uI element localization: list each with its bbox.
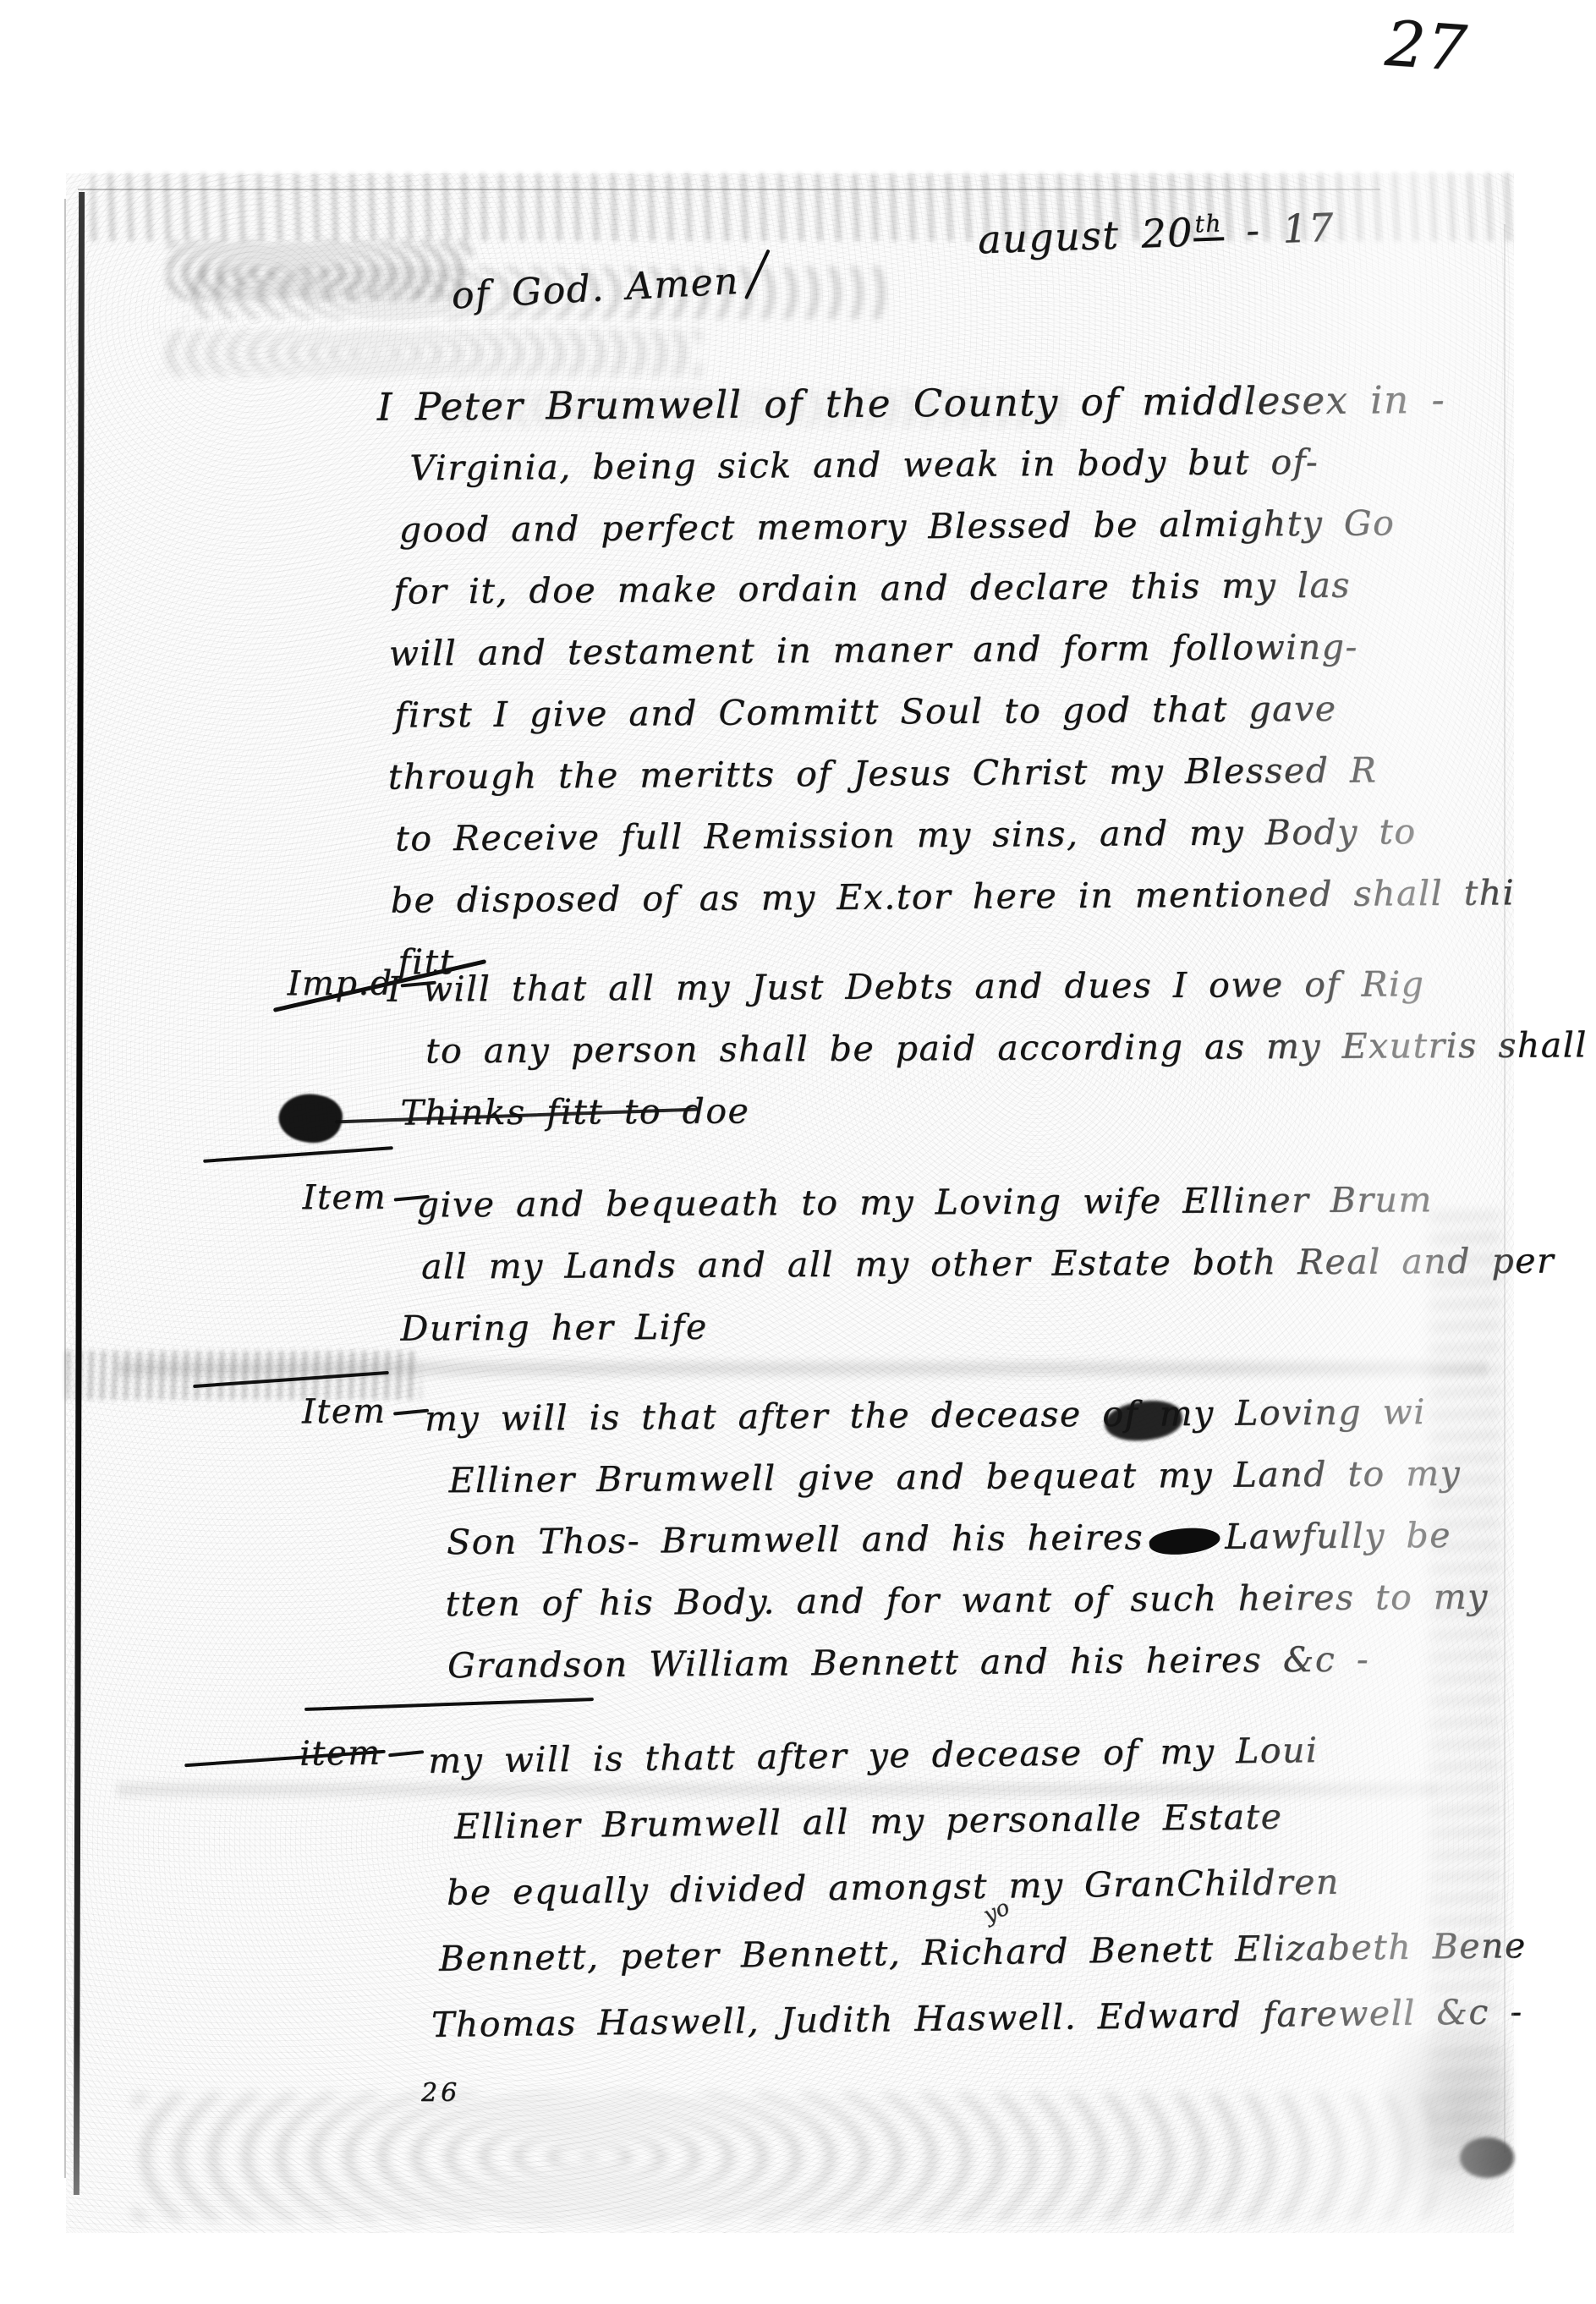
date-month-day: august 20 bbox=[977, 209, 1194, 262]
manuscript-line: Virginia, being sick and weak in body bu… bbox=[409, 430, 1512, 499]
manuscript-line: Thinks fitt to doe bbox=[400, 1076, 1588, 1144]
margin-label-item: item bbox=[299, 1733, 425, 1774]
manuscript-line: Elliner Brumwell give and bequeat my Lan… bbox=[448, 1443, 1488, 1512]
stain bbox=[134, 2093, 1436, 2220]
manuscript-line: I will that all my Just Debts and dues I… bbox=[387, 952, 1587, 1020]
handwritten-page-number-top: 27 bbox=[1383, 8, 1470, 86]
will-item-debts: Imp.d I will that all my Just Debts and … bbox=[387, 952, 1588, 1144]
manuscript-page: august 20th - 17 of God. Amen I Peter Br… bbox=[66, 173, 1514, 2233]
pen-flourish bbox=[304, 1698, 594, 1711]
pen-flourish bbox=[193, 1371, 389, 1388]
will-item-wife-bequest: Item give and bequeath to my Loving wife… bbox=[416, 1168, 1555, 1359]
manuscript-line: During her Life bbox=[400, 1292, 1555, 1359]
margin-label-item: Item bbox=[302, 1177, 431, 1217]
opening-invocation: of God. Amen bbox=[449, 238, 765, 317]
manuscript-line: will and testament in maner and form fol… bbox=[389, 615, 1514, 684]
ink-blot bbox=[274, 1087, 347, 1149]
manuscript-line: give and bequeath to my Loving wife Elli… bbox=[416, 1168, 1554, 1236]
pen-flourish bbox=[744, 249, 771, 299]
stain bbox=[1460, 2137, 1514, 2178]
will-preamble-paragraph: I Peter Brumwell of the County of middle… bbox=[376, 368, 1515, 993]
margin-label-item: Item bbox=[302, 1391, 431, 1431]
manuscript-line: Son Thos- Brumwell and his heiresLawfull… bbox=[447, 1505, 1489, 1574]
manuscript-line-segment: Son Thos- Brumwell and his heires bbox=[447, 1517, 1144, 1562]
will-item-personal-estate: item my will is thatt after ye decease o… bbox=[428, 1714, 1527, 2058]
will-item-land-to-son: Item my will is that after the decease o… bbox=[425, 1381, 1489, 1698]
manuscript-line: Thomas Haswell, Judith Haswell. Edward f… bbox=[431, 1978, 1527, 2058]
manuscript-line: Grandson William Bennett and his heires … bbox=[447, 1628, 1489, 1698]
manuscript-line: my will is that after the decease of my … bbox=[425, 1381, 1488, 1451]
stain bbox=[1375, 2034, 1511, 2229]
binding-edge-line-faint bbox=[64, 199, 66, 2178]
page-top-edge bbox=[78, 189, 1380, 190]
manuscript-line: all my Lands and all my other Estate bot… bbox=[421, 1230, 1555, 1297]
manuscript-line-segment: Lawfully be bbox=[1225, 1515, 1451, 1557]
manuscript-line: through the meritts of Jesus Christ my B… bbox=[388, 738, 1515, 808]
opening-text: of God. Amen bbox=[451, 260, 741, 318]
manuscript-line: tten of his Body. and for want of such h… bbox=[445, 1566, 1489, 1636]
manuscript-line: be disposed of as my Ex.tor here in ment… bbox=[391, 862, 1516, 931]
manuscript-line: first I give and Committ Soul to god tha… bbox=[394, 677, 1514, 746]
date-line: august 20th - 17 bbox=[977, 205, 1335, 263]
date-year-fragment: - 17 bbox=[1245, 205, 1335, 254]
scanned-sheet: 27 august 20th - 17 of God. Amen bbox=[0, 0, 1596, 2304]
manuscript-line: for it, doe make ordain and declare this… bbox=[393, 553, 1513, 623]
stain bbox=[159, 330, 700, 376]
binding-edge-line bbox=[74, 192, 85, 2195]
manuscript-line: I Peter Brumwell of the County of middle… bbox=[376, 368, 1511, 437]
manuscript-line: to any person shall be paid according as… bbox=[425, 1014, 1588, 1082]
manuscript-line: good and perfect memory Blessed be almig… bbox=[398, 491, 1512, 561]
manuscript-line: to Receive full Remission my sins, and m… bbox=[395, 800, 1515, 869]
crossed-out-word-blot bbox=[1148, 1524, 1221, 1557]
pen-flourish bbox=[203, 1146, 393, 1163]
handwritten-page-number-bottom: 26 bbox=[421, 2078, 460, 2108]
stain bbox=[167, 241, 472, 300]
date-ordinal: th bbox=[1193, 209, 1225, 241]
